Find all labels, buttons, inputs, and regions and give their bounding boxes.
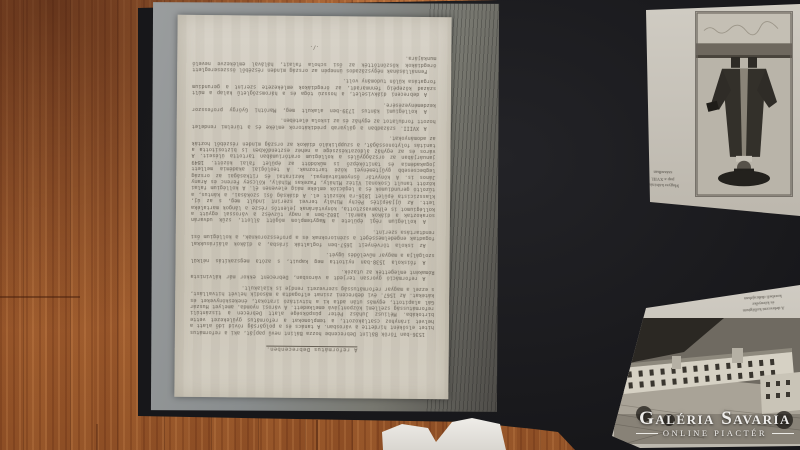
- marketplace-product-photo: A református Debrecenben. 1536-ban Török…: [0, 0, 800, 450]
- continuation-mark: ./.: [192, 42, 436, 51]
- typewritten-paragraph-illegible: 1536-ban Török Bálint Debrecenbe hozza B…: [190, 283, 434, 336]
- photo-card-portrait: Magyar kálvinista pap a XVIII. században: [640, 0, 800, 220]
- typewritten-document-upside-down: A református Debrecenben. 1536-ban Török…: [174, 15, 451, 399]
- typewritten-paragraph-illegible: A kollégiumi kántus 1739-ben alakult meg…: [192, 99, 436, 114]
- typewritten-paragraph-illegible: A kollégium régi épülete a Nagytemplom m…: [191, 133, 436, 225]
- watermark-subtitle: ONLINE PIACTÉR: [620, 428, 800, 438]
- watermark-dash-right: [772, 433, 794, 434]
- typewritten-paragraph-illegible: Fennállásának négyszázados ünnepén az or…: [192, 53, 436, 74]
- gallery-watermark: Galéria Savaria ONLINE PIACTÉR: [620, 410, 800, 438]
- typewritten-paragraph-illegible: A debreceni diákviselet, a hosszú tóga é…: [192, 76, 436, 97]
- typewritten-page: A református Debrecenben. 1536-ban Török…: [174, 15, 451, 399]
- typewritten-paragraph-illegible: A főiskola 1538-ban nyitotta meg kapuit,…: [191, 250, 435, 265]
- wood-plank-seam: [0, 296, 80, 298]
- watermark-title: Galéria Savaria: [620, 410, 800, 427]
- wood-plank-seam: [96, 424, 98, 450]
- typewritten-paragraph-illegible: A XVIII. században a gályarab prédikátor…: [192, 116, 436, 131]
- typewritten-paragraph-illegible: Az iskola törvényeit 1657-ben foglalták …: [191, 226, 435, 247]
- priest-engraving-upside-down: [696, 12, 792, 196]
- document-heading: A református Debrecenben.: [190, 345, 434, 354]
- portrait-engraving-photo: [696, 12, 792, 196]
- typewritten-paragraph-illegible: A reformáció gyorsan terjedt a városban,…: [190, 266, 434, 281]
- watermark-dash-left: [636, 433, 658, 434]
- wood-plank-seam: [316, 420, 318, 450]
